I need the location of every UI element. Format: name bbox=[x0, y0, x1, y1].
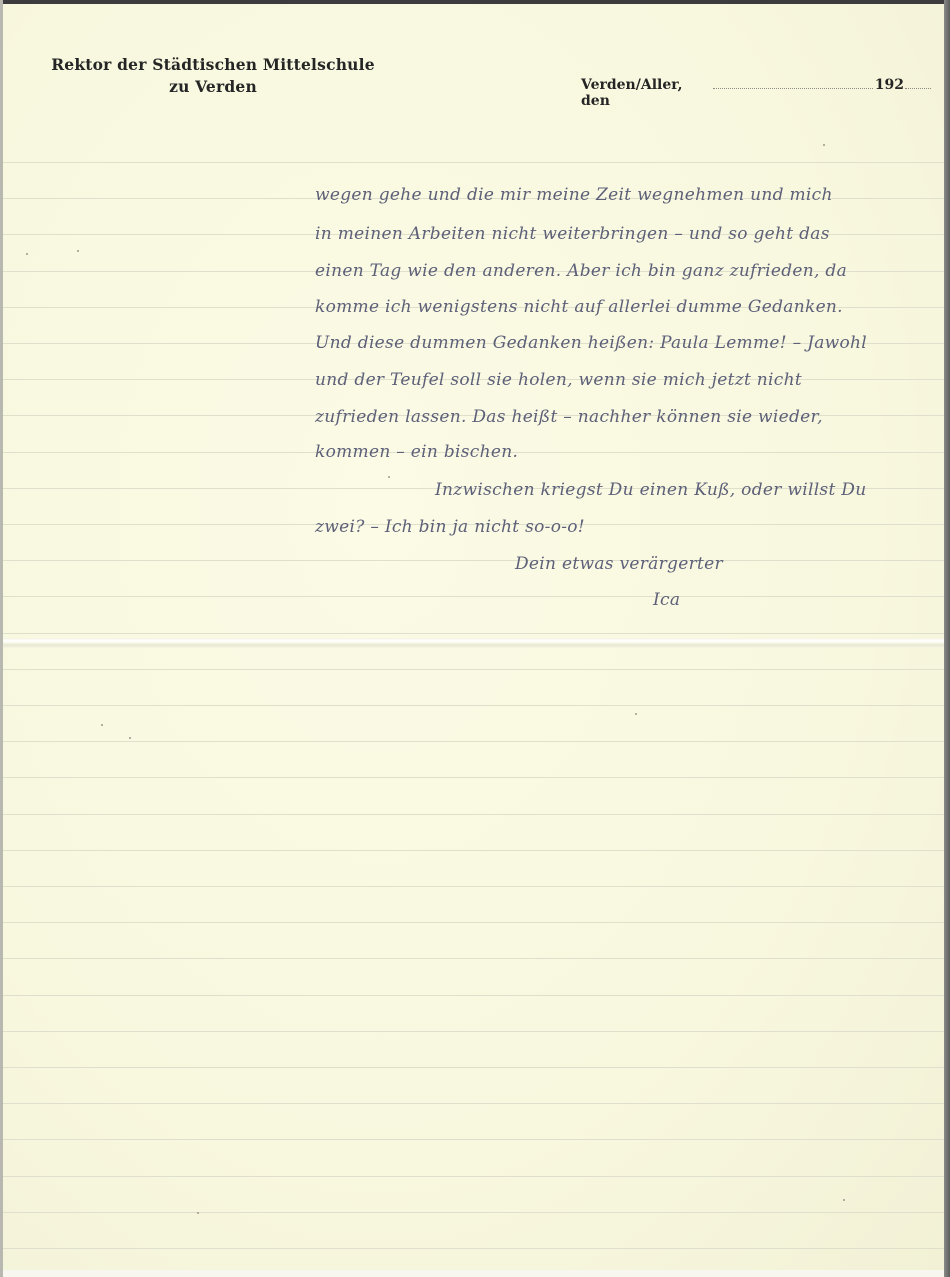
ruled-line bbox=[3, 669, 944, 670]
year-prefix: 192 bbox=[875, 77, 904, 93]
date-blank bbox=[713, 76, 873, 89]
ruled-line bbox=[3, 741, 944, 742]
letterhead-date-line: Verden/Aller, den 192 bbox=[581, 76, 931, 109]
year-blank bbox=[905, 76, 931, 89]
paper-speck bbox=[26, 253, 28, 255]
ruled-line bbox=[3, 1067, 944, 1068]
ruled-line bbox=[3, 1031, 944, 1032]
scanner-edge-top bbox=[0, 0, 950, 4]
ruled-line bbox=[3, 705, 944, 706]
ruled-line bbox=[3, 814, 944, 815]
handwritten-line: in meinen Arbeiten nicht weiterbringen –… bbox=[315, 224, 830, 244]
ruled-line bbox=[3, 922, 944, 923]
ruled-line bbox=[3, 777, 944, 778]
ruled-line bbox=[3, 1248, 944, 1249]
handwritten-line: komme ich wenigstens nicht auf allerlei … bbox=[315, 297, 843, 317]
handwritten-line: Und diese dummen Gedanken heißen: Paula … bbox=[315, 333, 867, 353]
ruled-line bbox=[3, 958, 944, 959]
ruled-line bbox=[3, 886, 944, 887]
place-label: Verden/Aller, den bbox=[581, 77, 709, 109]
institution-name: Rektor der Städtischen Mittelschule bbox=[33, 54, 393, 76]
paper-speck bbox=[101, 724, 103, 726]
handwritten-line: kommen – ein bischen. bbox=[315, 442, 518, 462]
ruled-line bbox=[3, 162, 944, 163]
scanner-edge-right bbox=[944, 0, 950, 1277]
paper-speck bbox=[843, 1199, 845, 1201]
paper-fold-crease bbox=[3, 638, 944, 648]
paper-speck bbox=[635, 713, 637, 715]
paper-speck bbox=[197, 1212, 199, 1214]
ruled-line bbox=[3, 560, 944, 561]
ruled-line bbox=[3, 633, 944, 634]
letter-signature: Ica bbox=[653, 590, 680, 610]
ruled-line bbox=[3, 995, 944, 996]
handwritten-line: wegen gehe und die mir meine Zeit wegneh… bbox=[315, 185, 833, 205]
handwritten-line: einen Tag wie den anderen. Aber ich bin … bbox=[315, 261, 847, 281]
paper-speck bbox=[77, 250, 79, 252]
ruled-line bbox=[3, 1139, 944, 1140]
handwritten-line: Inzwischen kriegst Du einen Kuß, oder wi… bbox=[435, 480, 866, 500]
ruled-line bbox=[3, 1212, 944, 1213]
ruled-line bbox=[3, 1103, 944, 1104]
letter-closing: Dein etwas verärgerter bbox=[515, 554, 723, 574]
scanner-edge-left bbox=[0, 0, 3, 1277]
handwritten-line: zwei? – Ich bin ja nicht so-o-o! bbox=[315, 517, 585, 537]
ruled-line bbox=[3, 850, 944, 851]
institution-town: zu Verden bbox=[33, 76, 393, 98]
letter-page: Rektor der Städtischen Mittelschule zu V… bbox=[3, 4, 944, 1270]
handwritten-line: zufrieden lassen. Das heißt – nachher kö… bbox=[315, 407, 823, 427]
paper-speck bbox=[129, 737, 131, 739]
letterhead-institution: Rektor der Städtischen Mittelschule zu V… bbox=[33, 54, 393, 98]
ruled-line bbox=[3, 1176, 944, 1177]
paper-speck bbox=[388, 476, 390, 478]
handwritten-line: und der Teufel soll sie holen, wenn sie … bbox=[315, 370, 802, 390]
paper-speck bbox=[823, 144, 825, 146]
ruled-line bbox=[3, 596, 944, 597]
